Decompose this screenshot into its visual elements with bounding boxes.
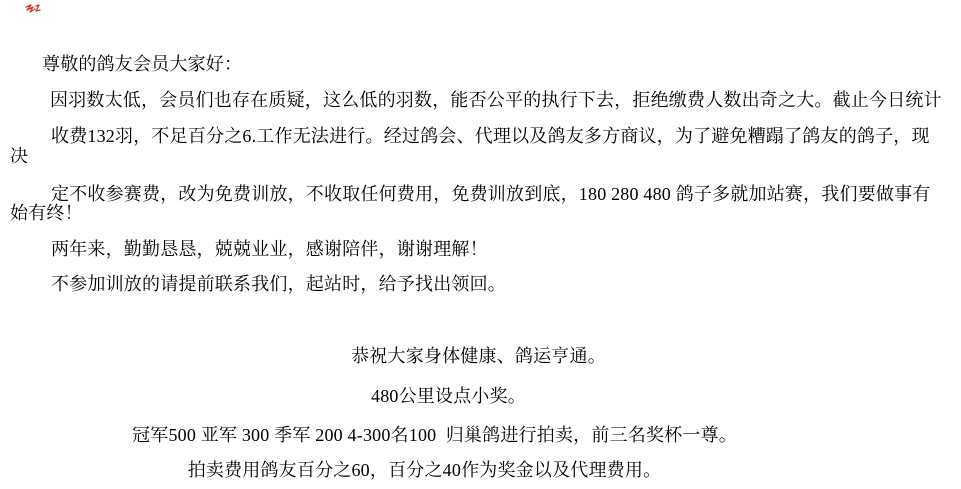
body-line-1: 因羽数太低，会员们也存在质疑，这么低的羽数，能否公平的执行下去，拒绝缴费人数出奇… [50,91,942,110]
body-line-5: 不参加训放的请提前联系我们，起站时，给予找出领回。 [51,275,506,294]
body-line-3-wrap: 始有终！ [10,204,83,223]
footer-auction-fee-line: 拍卖费用鸽友百分之60，百分之40作为奖金以及代理费用。 [0,461,905,480]
red-scribble-icon [25,3,41,16]
body-line-4: 两年来，勤勤恳恳，兢兢业业，感谢陪伴，谢谢理解！ [51,240,488,259]
body-line-2: 收费132羽，不足百分之6.工作无法进行。经过鸽会、代理以及鸽友多方商议，为了避… [51,127,930,146]
body-line-3: 定不收参赛费，改为免费训放，不收取任何费用，免费训放到底，180 280 480… [51,185,931,204]
body-line-2-wrap: 决 [10,147,28,166]
footer-distance-prize-line: 480公里设点小奖。 [0,387,929,406]
footer-blessing-line: 恭祝大家身体健康、鸽运亨通。 [0,347,959,366]
notice-document-page: 尊敬的鸽友会员大家好： 因羽数太低，会员们也存在质疑，这么低的羽数，能否公平的执… [0,0,961,489]
footer-prize-breakdown-line: 冠军500 亚军 300 季军 200 4-300名100 归巢鸽进行拍卖，前三… [0,426,915,445]
salutation-line: 尊敬的鸽友会员大家好： [42,55,242,74]
